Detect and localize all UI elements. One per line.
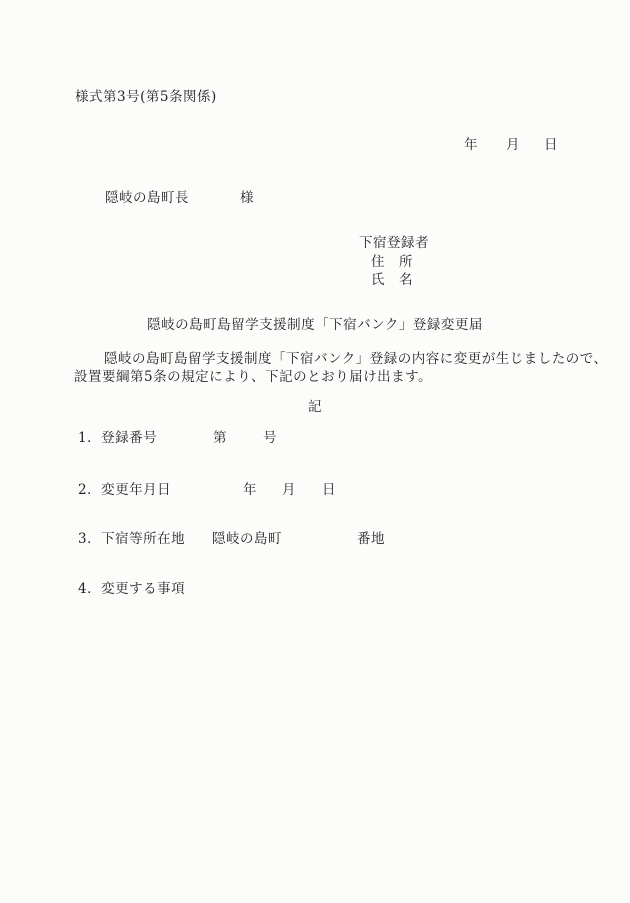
item-1-label: 1．登録番号	[78, 432, 157, 446]
body-line-1: 隠岐の島町島留学支援制度「下宿バンク」登録の内容に変更が生じましたので、	[104, 353, 607, 367]
form-number: 様式第3号(第5条関係)	[75, 91, 217, 105]
item-2-year-label: 年	[243, 484, 257, 498]
registrant-name-label: 氏 名	[371, 274, 413, 288]
item-3-lot-number-label: 番地	[357, 533, 385, 547]
item-4-label: 4．変更する事項	[78, 583, 185, 597]
date-year-label: 年	[464, 139, 478, 153]
addressee-honorific: 様	[240, 192, 254, 206]
document-page: 様式第3号(第5条関係) 年 月 日 隠岐の島町長 様 下宿登録者 住 所 氏 …	[0, 0, 630, 903]
registrant-heading: 下宿登録者	[359, 237, 429, 251]
body-line-2: 設置要綱第5条の規定により、下記のとおり届け出ます。	[74, 371, 432, 385]
item-2-label: 2．変更年月日	[78, 484, 171, 498]
registrant-address-label: 住 所	[371, 256, 413, 270]
item-1-number-prefix: 第	[213, 432, 227, 446]
item-2-day-label: 日	[322, 484, 336, 498]
date-day-label: 日	[544, 139, 558, 153]
date-month-label: 月	[506, 139, 520, 153]
item-3-town-label: 隠岐の島町	[212, 533, 282, 547]
addressee-name: 隠岐の島町長	[105, 192, 189, 206]
item-2-month-label: 月	[282, 484, 296, 498]
document-title: 隠岐の島町島留学支援制度「下宿バンク」登録変更届	[0, 319, 630, 333]
item-1-number-suffix: 号	[263, 432, 277, 446]
item-3-label: 3．下宿等所在地	[78, 533, 185, 547]
record-marker: 記	[0, 401, 630, 415]
